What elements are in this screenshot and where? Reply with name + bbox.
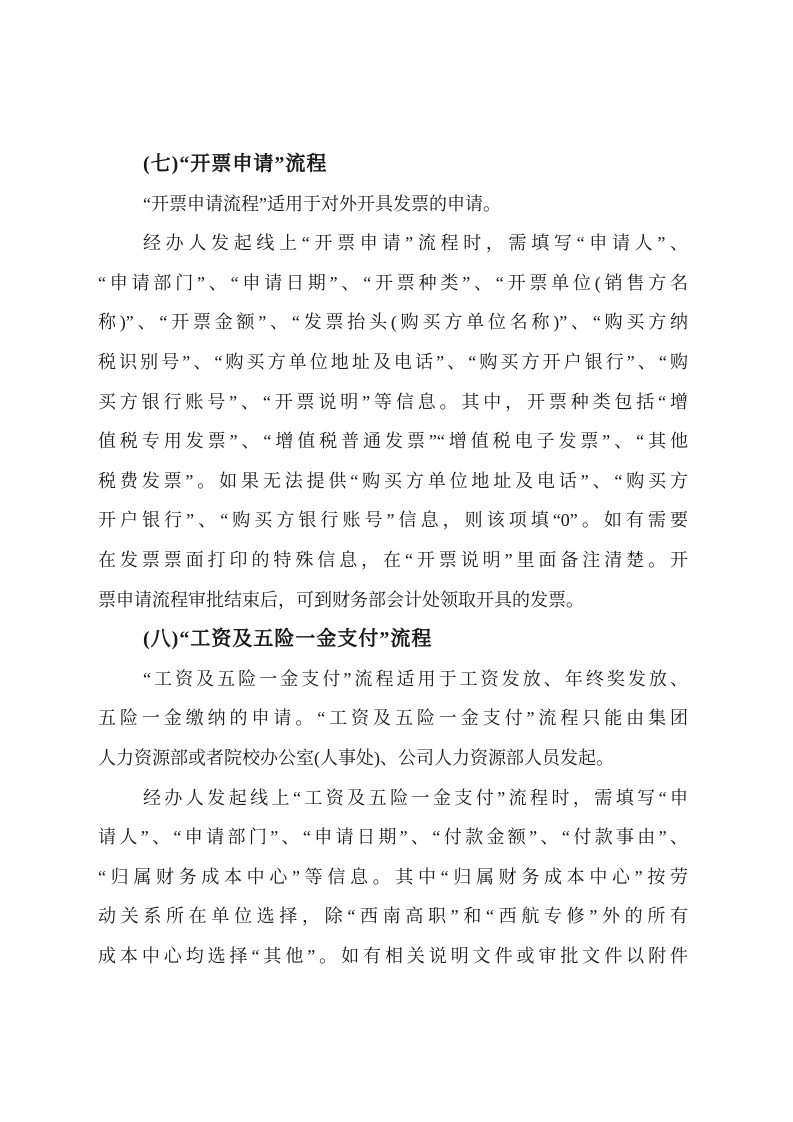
section-heading-8: (八)“工资及五险一金支付”流程 <box>98 620 688 660</box>
body-line: 经办人发起线上“工资及五险一金支付”流程时，需填写“申 <box>98 779 688 819</box>
body-line: “开票申请流程”适用于对外开具发票的申请。 <box>98 185 688 225</box>
body-line: 称)”、“开票金额”、“发票抬头(购买方单位名称)”、“购买方纳 <box>98 303 688 343</box>
body-line: 成本中心均选择“其他”。如有相关说明文件或审批文件以附件 <box>98 937 688 977</box>
body-line: “申请部门”、“申请日期”、“开票种类”、“开票单位(销售方名 <box>98 264 688 304</box>
body-line: 买方银行账号”、“开票说明”等信息。其中，开票种类包括“增 <box>98 383 688 423</box>
section-heading-7: (七)“开票申请”流程 <box>98 145 688 185</box>
document-page: (七)“开票申请”流程 “开票申请流程”适用于对外开具发票的申请。 经办人发起线… <box>0 0 793 1122</box>
body-line: 税费发票”。如果无法提供“购买方单位地址及电话”、“购买方 <box>98 462 688 502</box>
body-line: 动关系所在单位选择，除“西南高职”和“西航专修”外的所有 <box>98 897 688 937</box>
body-line: 经办人发起线上“开票申请”流程时，需填写“申请人”、 <box>98 224 688 264</box>
body-line: 税识别号”、“购买方单位地址及电话”、“购买方开户银行”、“购 <box>98 343 688 383</box>
body-line: 人力资源部或者院校办公室(人事处)、公司人力资源部人员发起。 <box>98 739 688 779</box>
body-line: 五险一金缴纳的申请。“工资及五险一金支付”流程只能由集团 <box>98 699 688 739</box>
body-line: 请人”、“申请部门”、“申请日期”、“付款金额”、“付款事由”、 <box>98 818 688 858</box>
body-line: 开户银行”、“购买方银行账号”信息，则该项填“0”。如有需要 <box>98 501 688 541</box>
body-line: 票申请流程审批结束后，可到财务部会计处领取开具的发票。 <box>98 581 688 621</box>
body-line: “工资及五险一金支付”流程适用于工资发放、年终奖发放、 <box>98 660 688 700</box>
document-text-block: (七)“开票申请”流程 “开票申请流程”适用于对外开具发票的申请。 经办人发起线… <box>98 145 688 976</box>
body-line: 值税专用发票”、“增值税普通发票”“增值税电子发票”、“其他 <box>98 422 688 462</box>
body-line: 在发票票面打印的特殊信息，在“开票说明”里面备注清楚。开 <box>98 541 688 581</box>
body-line: “归属财务成本中心”等信息。其中“归属财务成本中心”按劳 <box>98 858 688 898</box>
